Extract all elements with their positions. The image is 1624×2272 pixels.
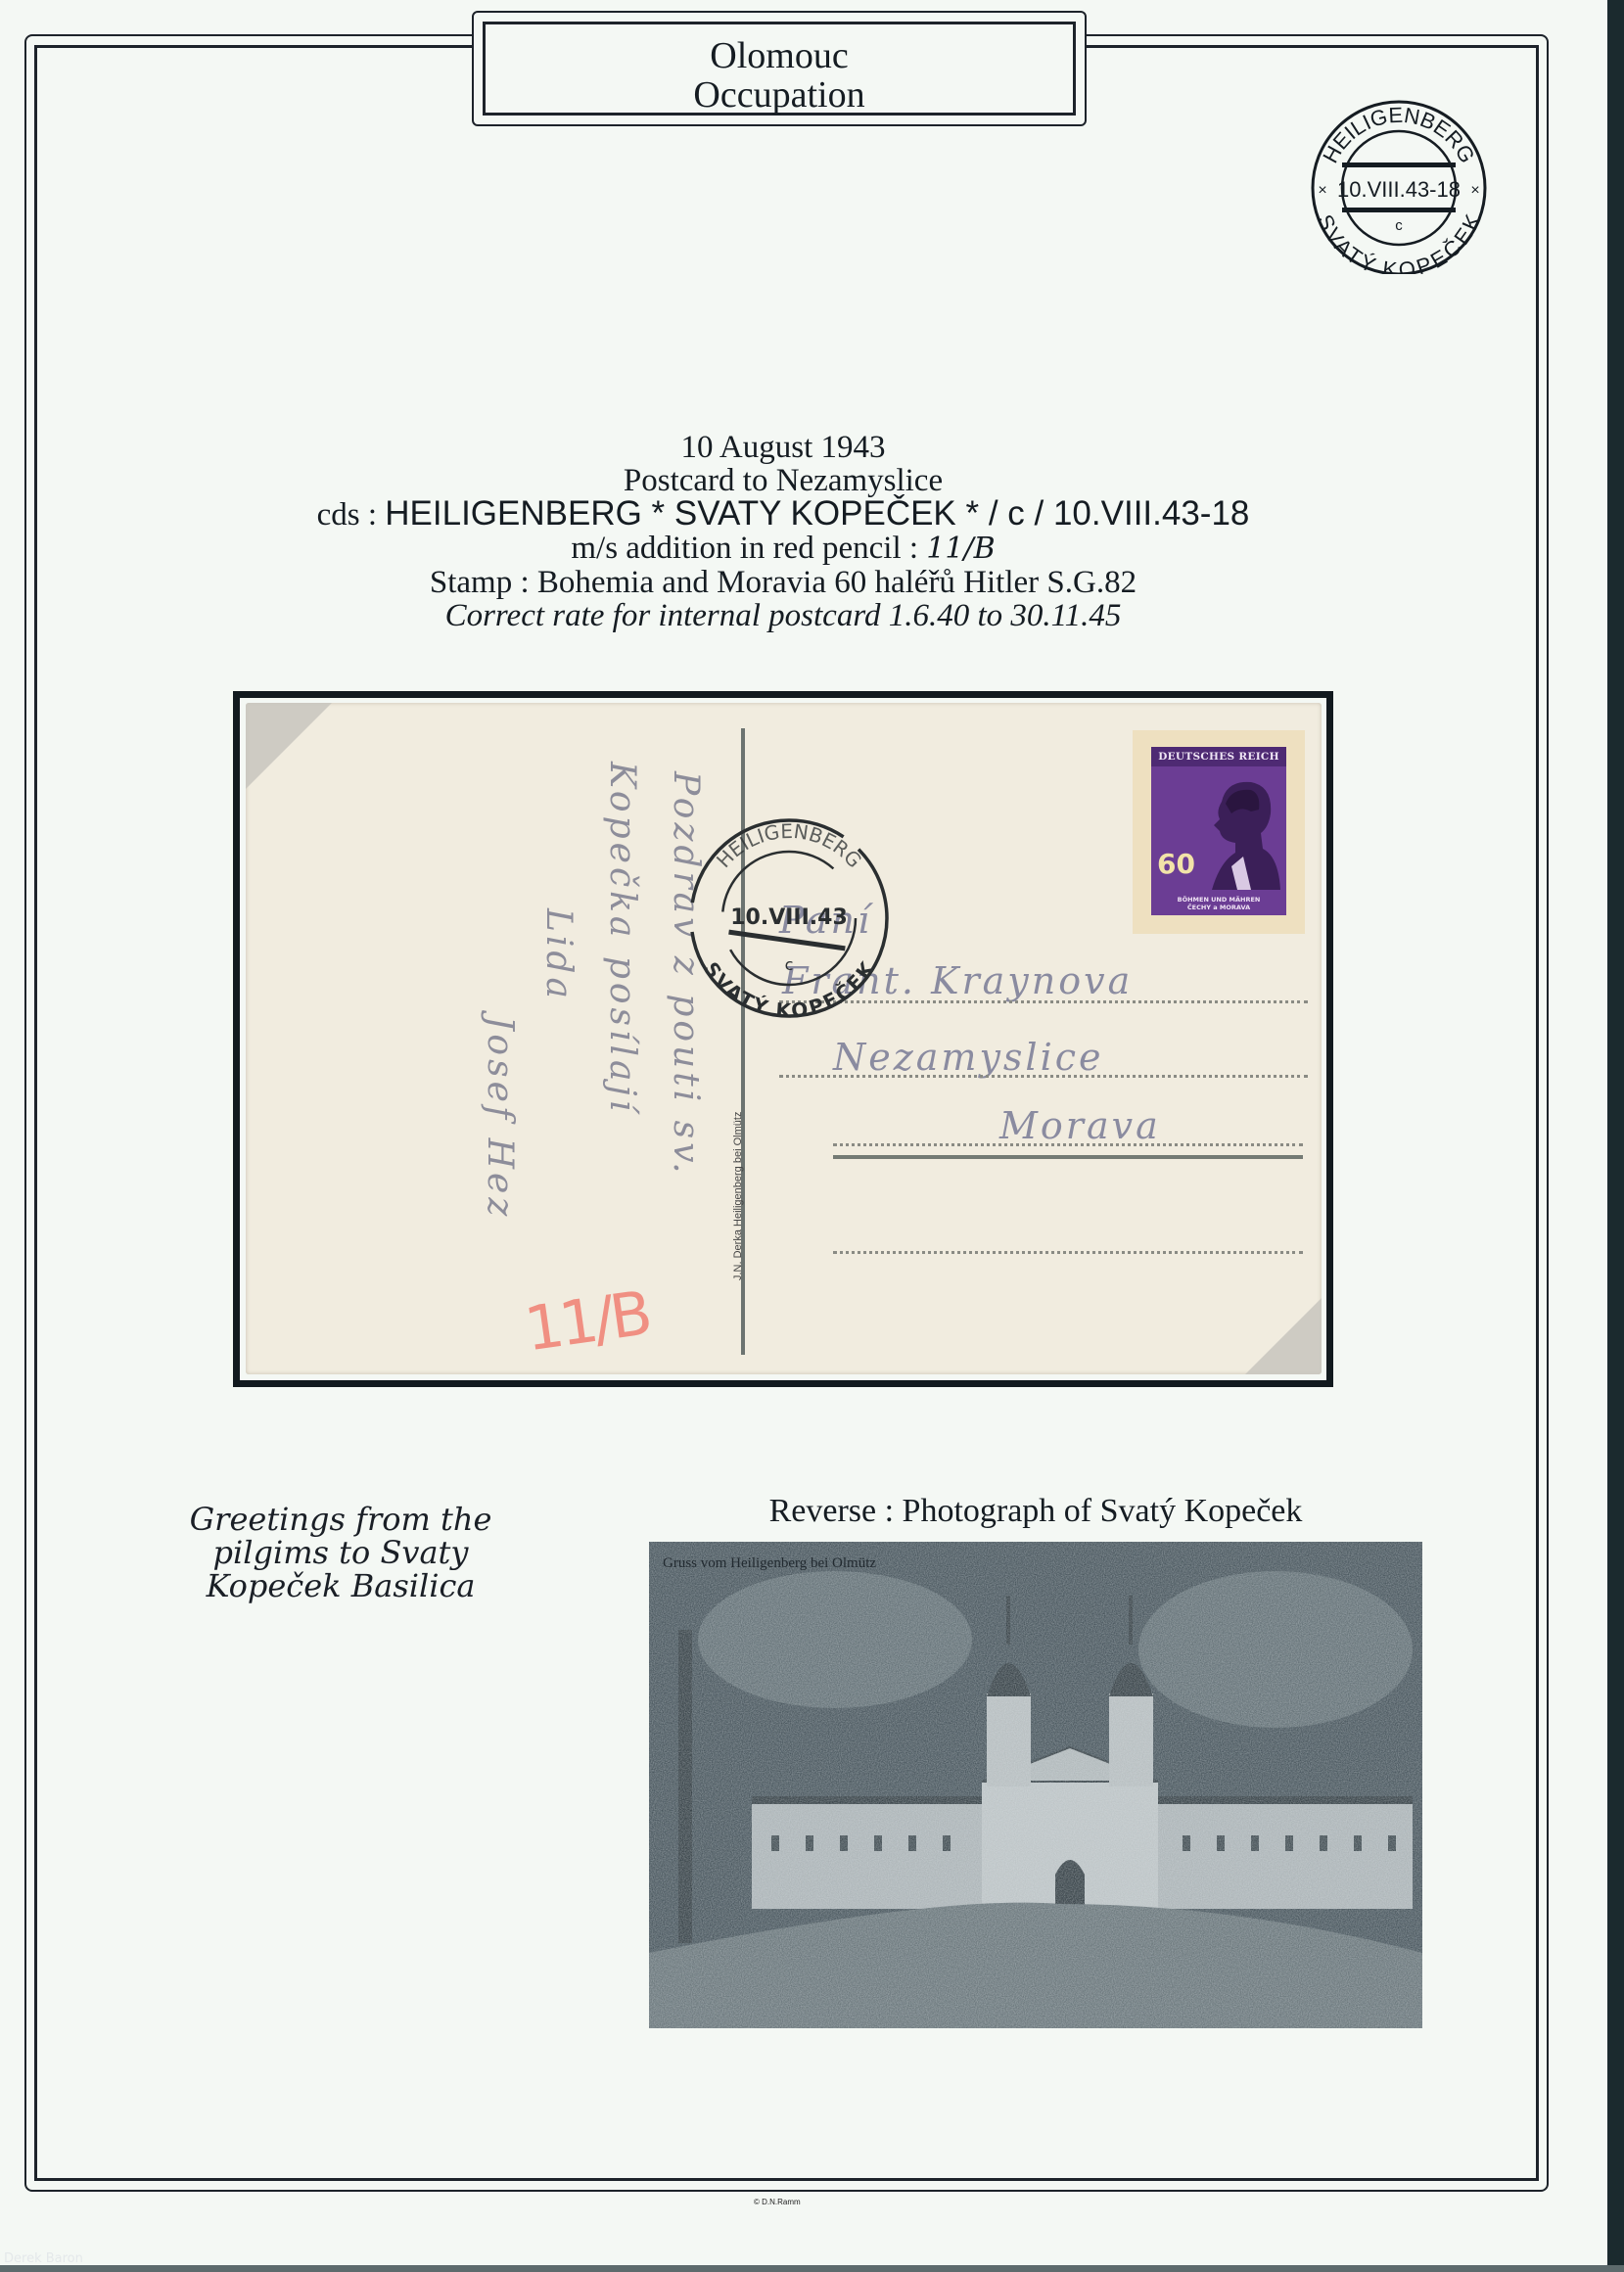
postmark-star-right: × (1470, 182, 1479, 199)
address-line: Morava (999, 1104, 1161, 1147)
script-annotation: Greetings from the pilgims to Svaty Kope… (174, 1503, 507, 1602)
postmark-date: 10.VIII.43-18 (1337, 177, 1461, 202)
ms-label: m/s addition in red pencil : (571, 531, 926, 566)
scanner-edge-bottom (0, 2265, 1624, 2272)
stamp-header: DEUTSCHES REICH (1151, 747, 1286, 766)
caption-block: 10 August 1943 Postcard to Nezamyslice c… (196, 431, 1370, 632)
page-subtitle: Occupation (486, 75, 1073, 115)
stamp-footer: BÖHMEN UND MÄHREN ČECHY a MORAVA (1151, 896, 1286, 911)
page-title: Olomouc (486, 36, 1073, 75)
address-underline (833, 1155, 1303, 1159)
postage-stamp: DEUTSCHES REICH 60 BÖHMEN UND MÄHREN ČEC… (1133, 730, 1305, 934)
caption-stamp: Stamp : Bohemia and Moravia 60 haléřů Hi… (196, 566, 1370, 599)
postmark-top-text: HEILIGENBERG (1318, 103, 1479, 167)
photo-corner-mount (246, 703, 332, 789)
address-dotted-line (779, 1075, 1308, 1078)
reverse-caption: Reverse : Photograph of Svatý Kopeček (649, 1493, 1422, 1530)
caption-cds: cds : HEILIGENBERG * SVATY KOPEČEK * / c… (196, 497, 1370, 532)
svg-text:HEILIGENBERG: HEILIGENBERG (712, 819, 866, 872)
caption-ms-addition: m/s addition in red pencil : 11/B (196, 532, 1370, 566)
postmark-star-left: × (1318, 182, 1326, 199)
basilica-photograph: Gruss vom Heiligenberg bei Olmütz (649, 1542, 1422, 2028)
ms-value: 11/B (926, 532, 995, 566)
watermark: Derek Baron (4, 2251, 83, 2266)
caption-date: 10 August 1943 (196, 431, 1370, 464)
basilica-illustration (649, 1542, 1422, 2028)
cancellation-postmark: HEILIGENBERG SVATÝ KOPEČEK 10.VIII.43 c (679, 809, 900, 1029)
postmark-illustration: HEILIGENBERG SVATÝ KOPEČEK 10.VIII.43-18… (1301, 98, 1497, 274)
message-line: Kopečka posílají (602, 762, 642, 1115)
copyright: © D.N.Ramm (754, 2198, 801, 2206)
cds-value: HEILIGENBERG * SVATY KOPEČEK * / c / 10.… (385, 494, 1249, 533)
address-dotted-line (833, 1143, 1303, 1146)
scanner-edge (1607, 0, 1624, 2272)
photo-caption: Gruss vom Heiligenberg bei Olmütz (663, 1555, 876, 1572)
portrait-icon (1192, 772, 1280, 890)
title-box: Olomouc Occupation (472, 11, 1087, 126)
photo-corner-mount (1245, 1298, 1322, 1374)
svg-text:10.VIII.43: 10.VIII.43 (730, 905, 848, 930)
stamp-value: 60 (1157, 848, 1195, 880)
postmark-index: c (1395, 217, 1403, 234)
address-dotted-line (833, 1251, 1303, 1254)
message-line: Lida (538, 908, 579, 1002)
address-line: Nezamyslice (833, 1036, 1104, 1079)
caption-rate-note: Correct rate for internal postcard 1.6.4… (196, 599, 1370, 632)
caption-description: Postcard to Nezamyslice (196, 464, 1370, 497)
svg-text:c: c (785, 955, 794, 974)
postcard-front: Pozdrav z pouti sv. Kopečka posílají Lid… (246, 703, 1322, 1374)
cds-label: cds : (317, 497, 386, 533)
message-line: Josef Hez (480, 1016, 520, 1220)
